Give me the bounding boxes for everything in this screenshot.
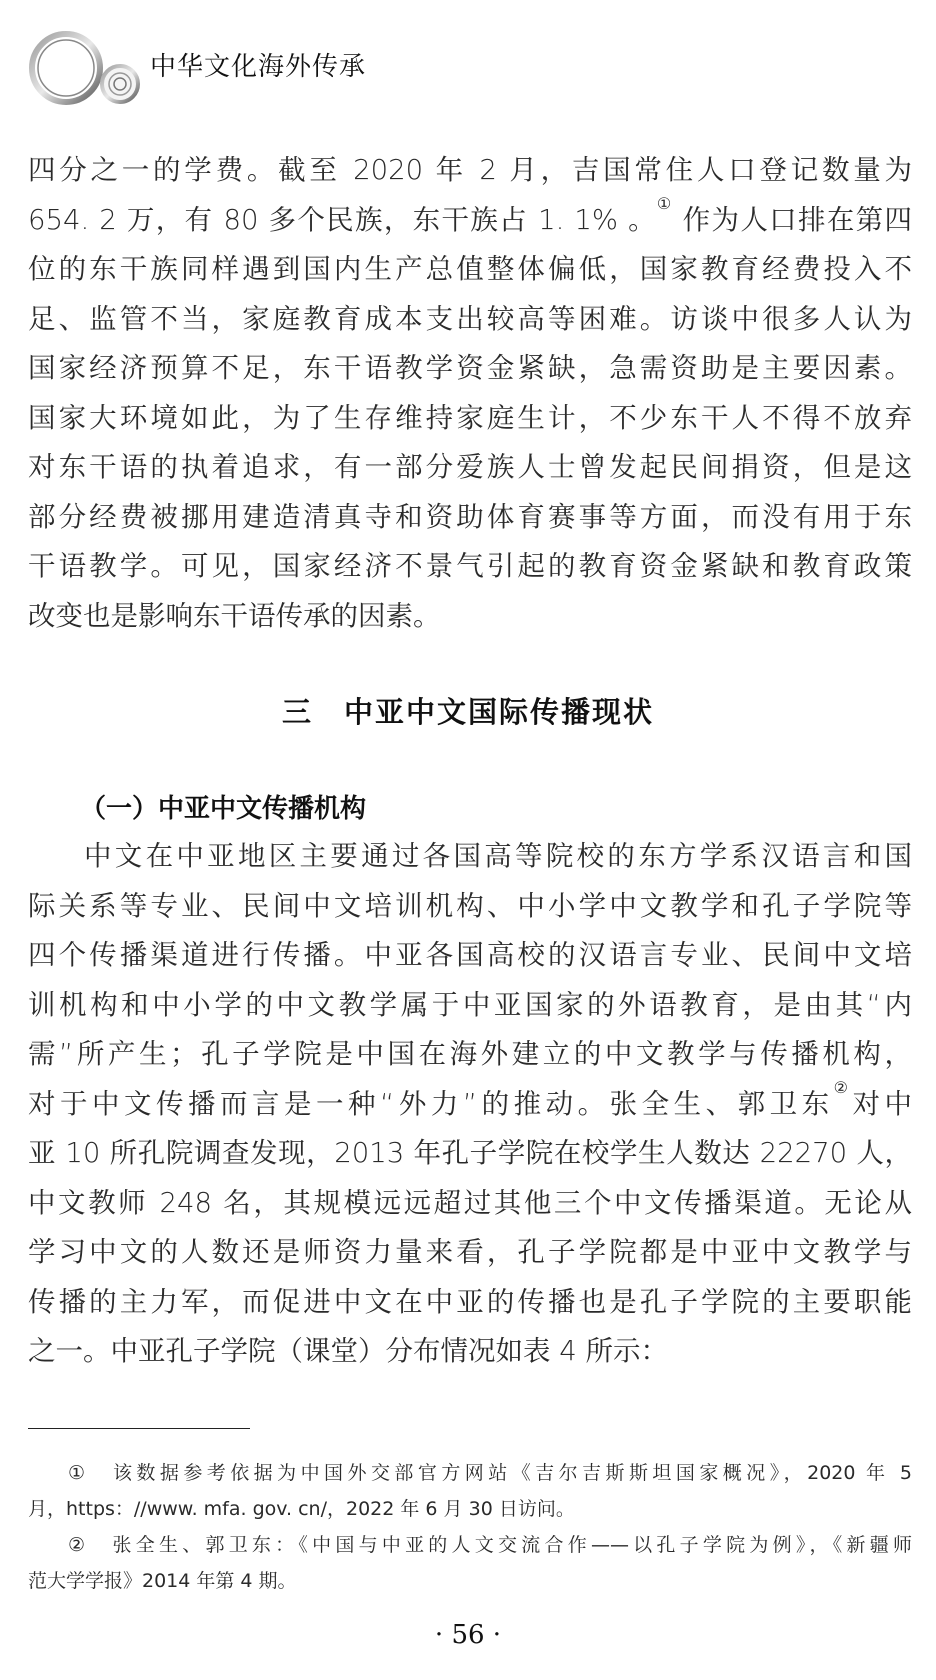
footnote-mark: ① xyxy=(68,1462,90,1484)
text-line: 学习中文的人数还是师资力量来看，孔子学院都是中亚中文教学与 xyxy=(28,1228,912,1278)
text-line: 改变也是影响东干语传承的因素。 xyxy=(28,592,912,642)
page-number: · 56 · xyxy=(0,1620,936,1650)
text-line: 干语教学。可见，国家经济不景气引起的教育资金紧缺和教育政策 xyxy=(28,542,912,592)
footnote-text: 该数据参考依据为中国外交部官方网站《吉尔吉斯斯坦国家概况》，2020 年 5 xyxy=(90,1462,913,1484)
text-line: 四分之一的学费。截至 2020 年 2 月，吉国常住人口登记数量为 xyxy=(28,146,912,196)
section-heading: 三 中亚中文国际传播现状 xyxy=(0,690,936,731)
text-line: 对东干语的执着追求，有一部分爱族人士曾发起民间捐资，但是这 xyxy=(28,443,912,493)
footnote-2-line-2: 范大学学报》2014 年第 4 期。 xyxy=(28,1563,912,1599)
text-line: 中文在中亚地区主要通过各国高等院校的东方学系汉语言和国 xyxy=(28,832,912,882)
text-segment: 对于中文传播而言是一种“外力”的推动。张全生、郭卫东 xyxy=(28,1088,834,1120)
text-line: 足、监管不当，家庭教育成本支出较高等困难。访谈中很多人认为 xyxy=(28,295,912,345)
text-line: 训机构和中小学的中文教学属于中亚国家的外语教育，是由其“内 xyxy=(28,981,912,1031)
running-header: 中华文化海外传承 xyxy=(28,28,528,108)
text-line: 位的东干族同样遇到国内生产总值整体偏低，国家教育经费投入不 xyxy=(28,245,912,295)
text-line: 部分经费被挪用建造清真寺和资助体育赛事等方面，而没有用于东 xyxy=(28,493,912,543)
paragraph-2: 中文在中亚地区主要通过各国高等院校的东方学系汉语言和国 际关系等专业、民间中文培… xyxy=(28,832,912,1377)
text-segment: 作为人口排在第四 xyxy=(673,204,912,236)
footnote-ref-2[interactable]: ② xyxy=(834,1078,853,1097)
paragraph-1: 四分之一的学费。截至 2020 年 2 月，吉国常住人口登记数量为 654. 2… xyxy=(28,146,912,641)
text-line: 中文教师 248 名，其规模远远超过其他三个中文传播渠道。无论从 xyxy=(28,1179,912,1229)
book-title: 中华文化海外传承 xyxy=(150,46,366,83)
footnote-2-line-1: ② 张全生、郭卫东：《中国与中亚的人文交流合作——以孔子学院为例》，《新疆师 xyxy=(28,1527,912,1563)
footnote-1-line-1: ① 该数据参考依据为中国外交部官方网站《吉尔吉斯斯坦国家概况》，2020 年 5 xyxy=(28,1455,912,1491)
text-line: 亚 10 所孔院调查发现，2013 年孔子学院在校学生人数达 22270 人， xyxy=(28,1129,912,1179)
footnotes: ① 该数据参考依据为中国外交部官方网站《吉尔吉斯斯坦国家概况》，2020 年 5… xyxy=(28,1455,912,1599)
text-line: 需”所产生；孔子学院是中国在海外建立的中文教学与传播机构， xyxy=(28,1030,912,1080)
footnote-mark: ② xyxy=(68,1534,89,1556)
text-segment: 对中 xyxy=(853,1088,913,1120)
double-ring-logo-icon xyxy=(28,28,150,108)
footnote-ref-1[interactable]: ① xyxy=(657,194,673,213)
text-line: 四个传播渠道进行传播。中亚各国高校的汉语言专业、民间中文培 xyxy=(28,931,912,981)
footnote-text: 张全生、郭卫东：《中国与中亚的人文交流合作——以孔子学院为例》，《新疆师 xyxy=(89,1534,912,1556)
subsection-heading: （一）中亚中文传播机构 xyxy=(80,788,366,825)
text-line: 654. 2 万，有 80 多个民族，东干族占 1. 1% 。① 作为人口排在第… xyxy=(28,196,912,246)
text-segment: 654. 2 万，有 80 多个民族，东干族占 1. 1% 。 xyxy=(28,204,657,236)
text-line: 之一。中亚孔子学院（课堂）分布情况如表 4 所示： xyxy=(28,1327,912,1377)
text-line: 际关系等专业、民间中文培训机构、中小学中文教学和孔子学院等 xyxy=(28,882,912,932)
text-line: 国家经济预算不足，东干语教学资金紧缺，急需资助是主要因素。 xyxy=(28,344,912,394)
footnote-1-line-2: 月，https：//www. mfa. gov. cn/，2022 年 6 月 … xyxy=(28,1491,912,1527)
text-line: 对于中文传播而言是一种“外力”的推动。张全生、郭卫东②对中 xyxy=(28,1080,912,1130)
footnote-divider xyxy=(28,1428,250,1429)
text-line: 国家大环境如此，为了生存维持家庭生计，不少东干人不得不放弃 xyxy=(28,394,912,444)
text-line: 传播的主力军，而促进中文在中亚的传播也是孔子学院的主要职能 xyxy=(28,1278,912,1328)
